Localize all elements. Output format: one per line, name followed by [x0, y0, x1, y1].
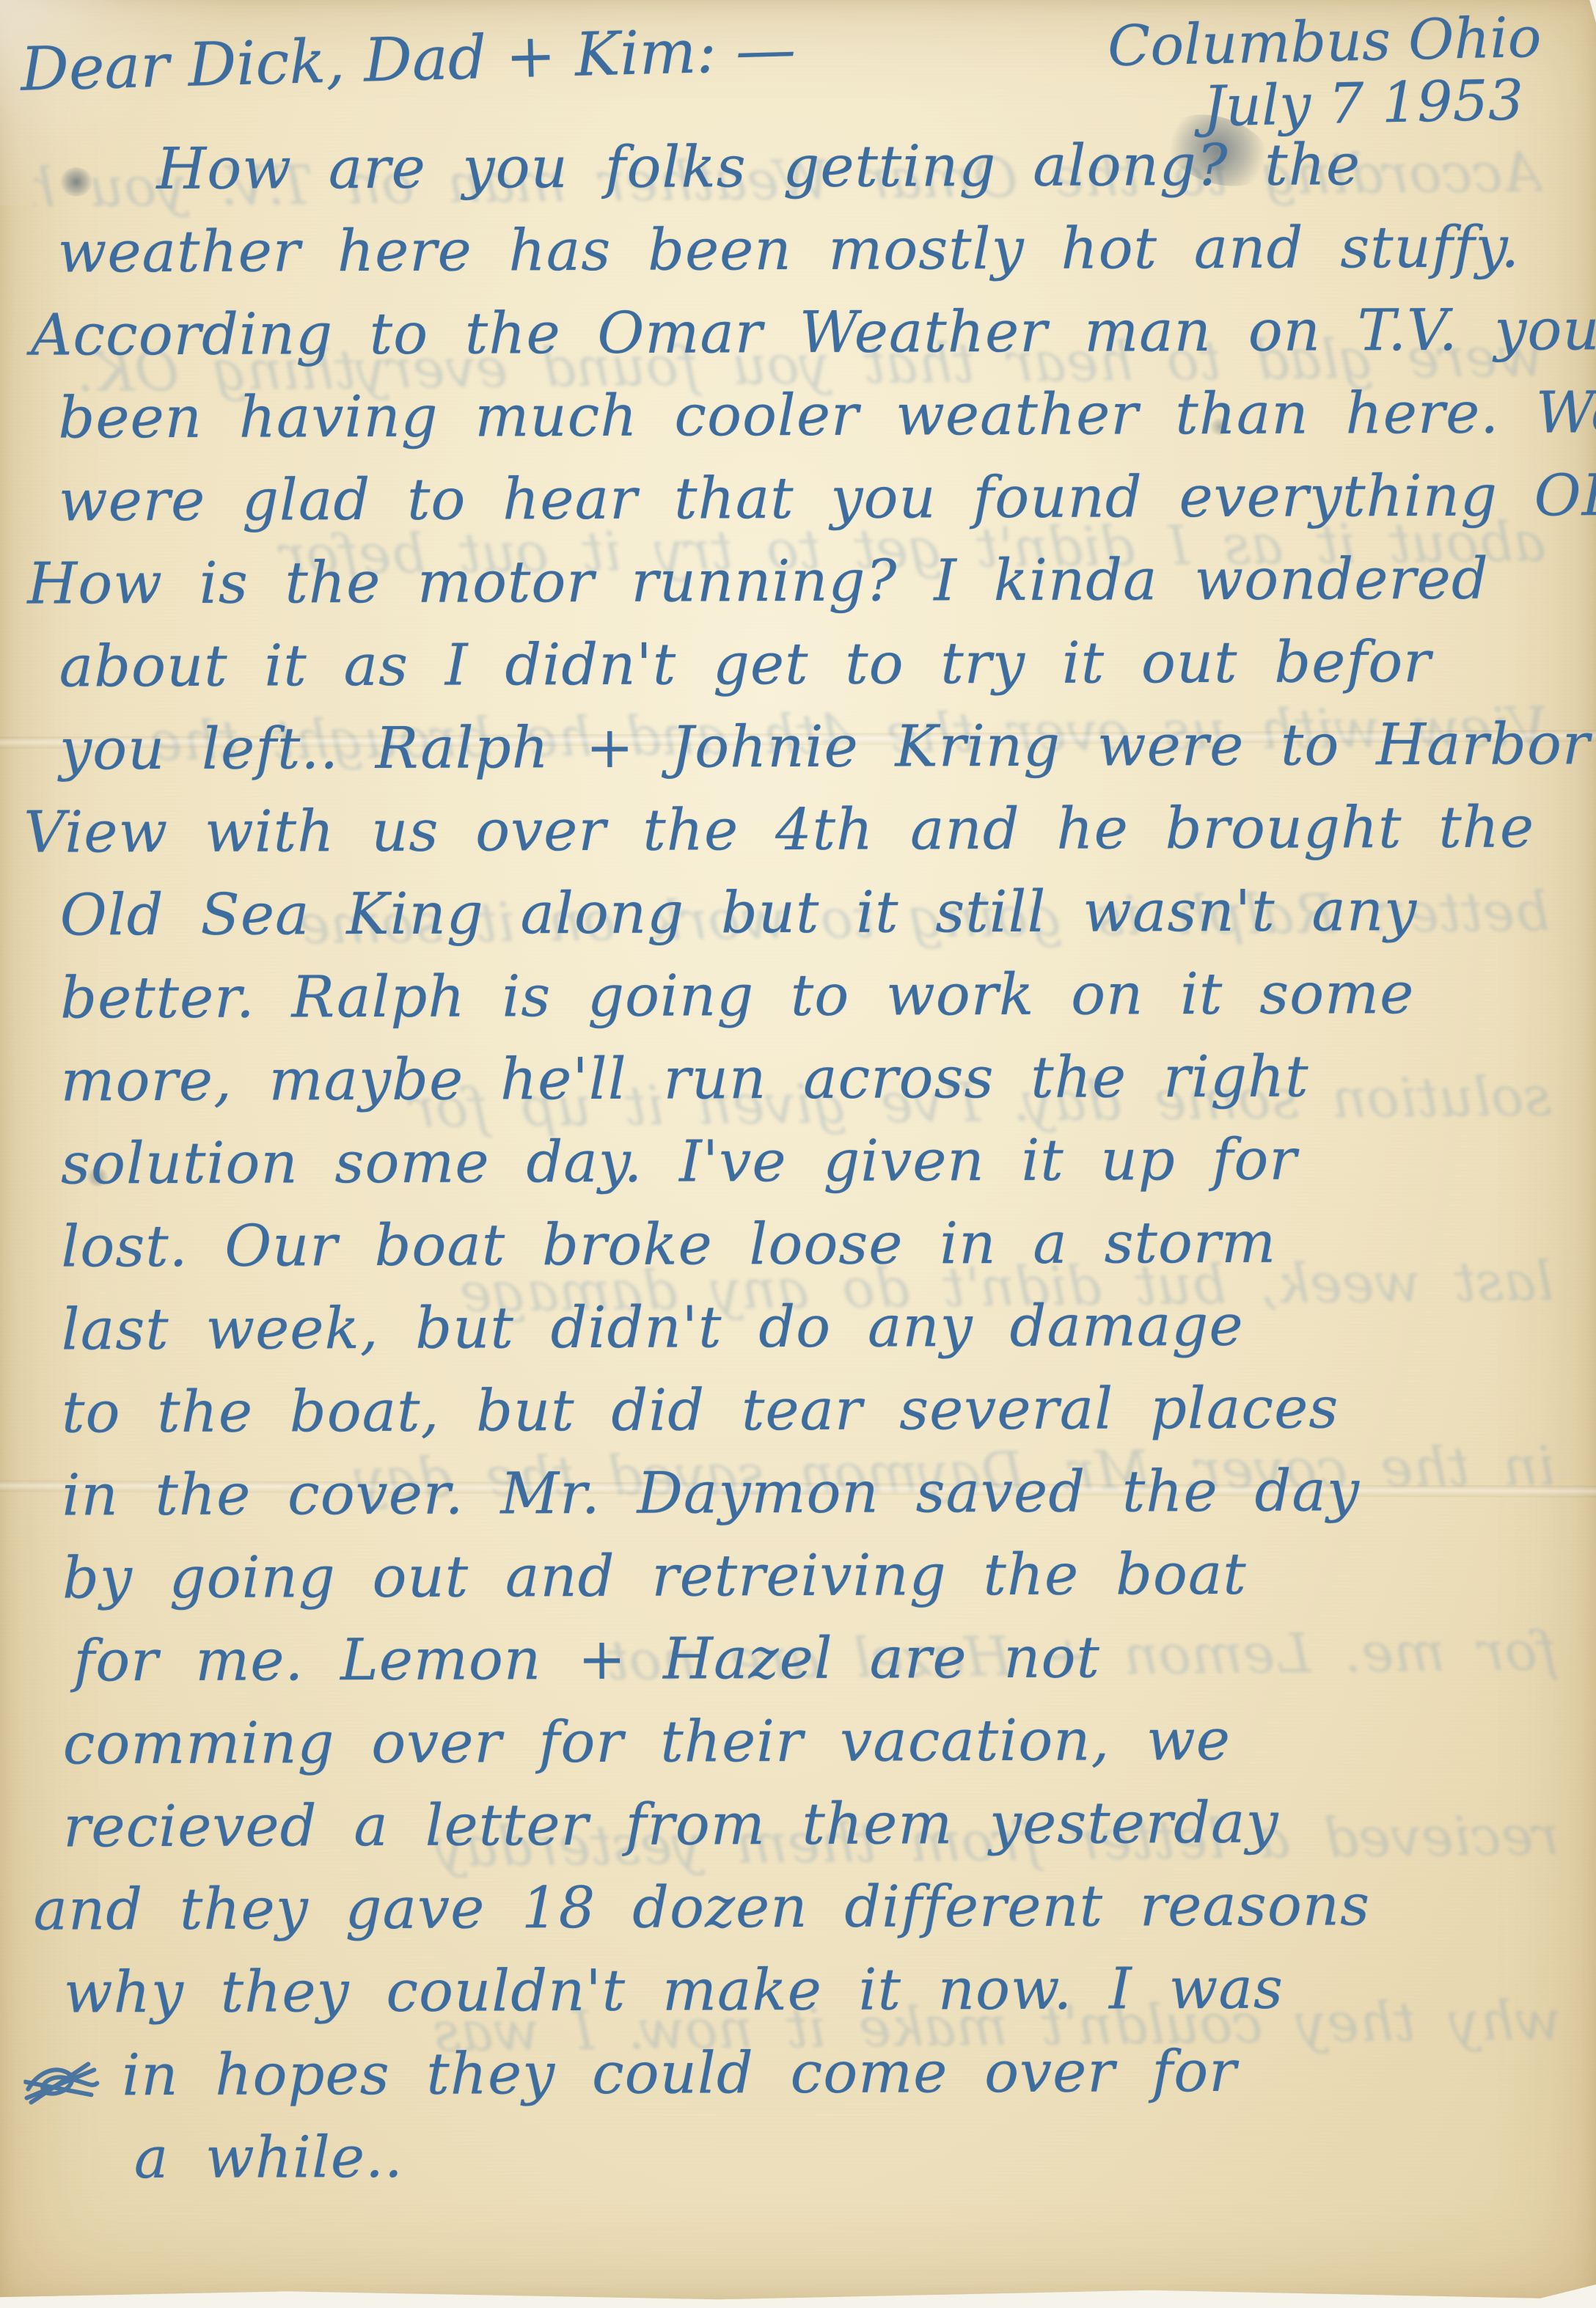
crossed-out-word: [23, 2051, 103, 2105]
letter-line: in the cover. Mr. Daymon saved the day: [21, 1449, 1567, 1537]
letter-line: last week, but didn't do any damage: [21, 1283, 1567, 1371]
letter-line: solution some day. I've given it up for: [21, 1118, 1567, 1206]
letter-body: How are you folks getting along? the wea…: [17, 123, 1570, 2200]
letter-place: Columbus Ohio: [1107, 6, 1542, 77]
letter-scan: According to the Omar Weather man on T.V…: [0, 0, 1596, 2308]
letter-line: why they couldn't make it now. I was: [23, 1946, 1570, 2034]
letter-line: a while..: [24, 2112, 1570, 2200]
letter-line: were glad to hear that you found everyth…: [18, 455, 1564, 543]
letter-line: about it as I didn't get to try it out b…: [18, 620, 1564, 708]
letter-line: and they gave 18 dozen different reasons: [23, 1864, 1569, 1952]
letter-line: more, maybe he'll run across the right: [20, 1035, 1566, 1123]
letter-line: weather here has been mostly hot and stu…: [17, 206, 1563, 294]
letter-salutation: Dear Dick, Dad + Kim: —: [20, 15, 797, 105]
letter-line: for me. Lemon + Hazel are not: [22, 1615, 1568, 1703]
letter-line: View with us over the 4th and he brought…: [19, 786, 1565, 874]
letter-line: by going out and retreiving the boat: [22, 1532, 1568, 1620]
letter-header: Columbus Ohio July 7 1953: [1107, 6, 1543, 140]
letter-line: comming over for their vacation, we: [23, 1698, 1569, 1786]
letter-line: to the boat, but did tear several places: [21, 1366, 1567, 1454]
letter-line: been having much cooler weather than her…: [18, 372, 1564, 460]
letter-line-text: in hopes they could come over for: [122, 2039, 1237, 2109]
letter-line: According to the Omar Weather man on T.V…: [18, 289, 1564, 377]
letter-line: lost. Our boat broke loose in a storm: [21, 1201, 1567, 1289]
letter-line: Old Sea King along but it still wasn't a…: [20, 869, 1566, 957]
letter-line: How is the motor running? I kinda wonder…: [18, 538, 1564, 626]
letter-line: How are you folks getting along? the: [17, 123, 1563, 211]
letter-line: better. Ralph is going to work on it som…: [20, 952, 1566, 1040]
letter-line: recieved a letter from them yesterday: [23, 1781, 1569, 1869]
letter-paper: According to the Omar Weather man on T.V…: [0, 0, 1596, 2303]
letter-line: you left.. Ralph + Johnie Kring were to …: [19, 703, 1565, 791]
letter-line: in hopes they could come over for: [23, 2029, 1570, 2117]
